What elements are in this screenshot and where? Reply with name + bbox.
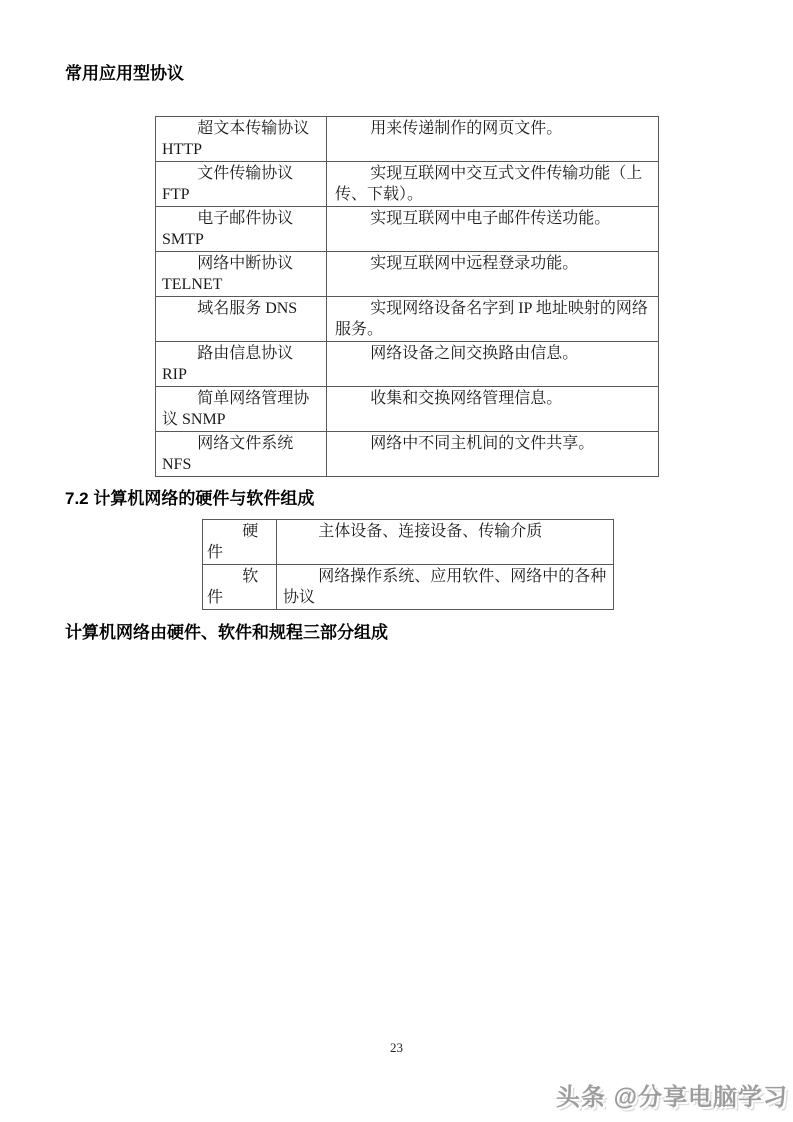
protocol-desc-cell: 收集和交换网络管理信息。 bbox=[327, 387, 659, 432]
table-row: 电子邮件协议 SMTP 实现互联网中电子邮件传送功能。 bbox=[156, 207, 659, 252]
component-name: 软件 bbox=[207, 566, 272, 608]
protocol-table: 超文本传输协议 HTTP 用来传递制作的网页文件。 文件传输协议 FTP 实现互… bbox=[155, 116, 659, 477]
table-row: 网络文件系统 NFS 网络中不同主机间的文件共享。 bbox=[156, 432, 659, 477]
protocol-desc: 网络中不同主机间的文件共享。 bbox=[335, 433, 650, 454]
section-heading: 7.2 计算机网络的硬件与软件组成 bbox=[65, 488, 793, 510]
protocol-desc-cell: 实现互联网中远程登录功能。 bbox=[327, 252, 659, 297]
page-title: 常用应用型协议 bbox=[65, 0, 793, 85]
component-name-cell: 硬件 bbox=[203, 520, 277, 565]
component-name-cell: 软件 bbox=[203, 565, 277, 610]
protocol-name-cell: 超文本传输协议 HTTP bbox=[156, 117, 327, 162]
component-desc: 网络操作系统、应用软件、网络中的各种协议 bbox=[283, 566, 607, 608]
protocol-desc-cell: 网络设备之间交换路由信息。 bbox=[327, 342, 659, 387]
protocol-desc: 实现互联网中远程登录功能。 bbox=[335, 253, 650, 274]
document-page: 常用应用型协议 超文本传输协议 HTTP 用来传递制作的网页文件。 文件传输协议… bbox=[0, 0, 793, 644]
table-row: 路由信息协议 RIP 网络设备之间交换路由信息。 bbox=[156, 342, 659, 387]
protocol-name: 域名服务 DNS bbox=[162, 298, 320, 319]
protocol-desc: 实现互联网中交互式文件传输功能（上传、下载）。 bbox=[335, 163, 650, 205]
protocol-desc: 收集和交换网络管理信息。 bbox=[335, 388, 650, 409]
protocol-desc: 实现互联网中电子邮件传送功能。 bbox=[335, 208, 650, 229]
protocol-name-cell: 网络文件系统 NFS bbox=[156, 432, 327, 477]
bold-note: 计算机网络由硬件、软件和规程三部分组成 bbox=[65, 622, 793, 644]
protocol-desc-cell: 实现互联网中电子邮件传送功能。 bbox=[327, 207, 659, 252]
protocol-name: 路由信息协议 RIP bbox=[162, 343, 320, 385]
protocol-name-cell: 域名服务 DNS bbox=[156, 297, 327, 342]
protocol-name: 电子邮件协议 SMTP bbox=[162, 208, 320, 250]
table-row: 硬件 主体设备、连接设备、传输介质 bbox=[203, 520, 614, 565]
protocol-name-cell: 文件传输协议 FTP bbox=[156, 162, 327, 207]
page-number: 23 bbox=[0, 1040, 793, 1056]
protocol-desc: 用来传递制作的网页文件。 bbox=[335, 118, 650, 139]
protocol-name: 网络中断协议 TELNET bbox=[162, 253, 320, 295]
component-desc: 主体设备、连接设备、传输介质 bbox=[283, 521, 607, 542]
table-row: 域名服务 DNS 实现网络设备名字到 IP 地址映射的网络服务。 bbox=[156, 297, 659, 342]
table-row: 简单网络管理协议 SNMP 收集和交换网络管理信息。 bbox=[156, 387, 659, 432]
composition-table: 硬件 主体设备、连接设备、传输介质 软件 网络操作系统、应用软件、网络中的各种协… bbox=[202, 519, 614, 610]
table-row: 软件 网络操作系统、应用软件、网络中的各种协议 bbox=[203, 565, 614, 610]
protocol-name: 文件传输协议 FTP bbox=[162, 163, 320, 205]
protocol-name: 网络文件系统 NFS bbox=[162, 433, 320, 475]
watermark: 头条 @分享电脑学习 bbox=[556, 1077, 788, 1112]
protocol-name: 简单网络管理协议 SNMP bbox=[162, 388, 320, 430]
protocol-name-cell: 简单网络管理协议 SNMP bbox=[156, 387, 327, 432]
protocol-name-cell: 路由信息协议 RIP bbox=[156, 342, 327, 387]
protocol-desc-cell: 实现网络设备名字到 IP 地址映射的网络服务。 bbox=[327, 297, 659, 342]
table-row: 超文本传输协议 HTTP 用来传递制作的网页文件。 bbox=[156, 117, 659, 162]
component-desc-cell: 主体设备、连接设备、传输介质 bbox=[277, 520, 614, 565]
protocol-name-cell: 网络中断协议 TELNET bbox=[156, 252, 327, 297]
table-row: 网络中断协议 TELNET 实现互联网中远程登录功能。 bbox=[156, 252, 659, 297]
protocol-name: 超文本传输协议 HTTP bbox=[162, 118, 320, 160]
protocol-desc-cell: 用来传递制作的网页文件。 bbox=[327, 117, 659, 162]
protocol-desc-cell: 实现互联网中交互式文件传输功能（上传、下载）。 bbox=[327, 162, 659, 207]
protocol-desc: 实现网络设备名字到 IP 地址映射的网络服务。 bbox=[335, 298, 650, 340]
protocol-desc: 网络设备之间交换路由信息。 bbox=[335, 343, 650, 364]
component-name: 硬件 bbox=[207, 521, 272, 563]
protocol-name-cell: 电子邮件协议 SMTP bbox=[156, 207, 327, 252]
protocol-desc-cell: 网络中不同主机间的文件共享。 bbox=[327, 432, 659, 477]
component-desc-cell: 网络操作系统、应用软件、网络中的各种协议 bbox=[277, 565, 614, 610]
table-row: 文件传输协议 FTP 实现互联网中交互式文件传输功能（上传、下载）。 bbox=[156, 162, 659, 207]
